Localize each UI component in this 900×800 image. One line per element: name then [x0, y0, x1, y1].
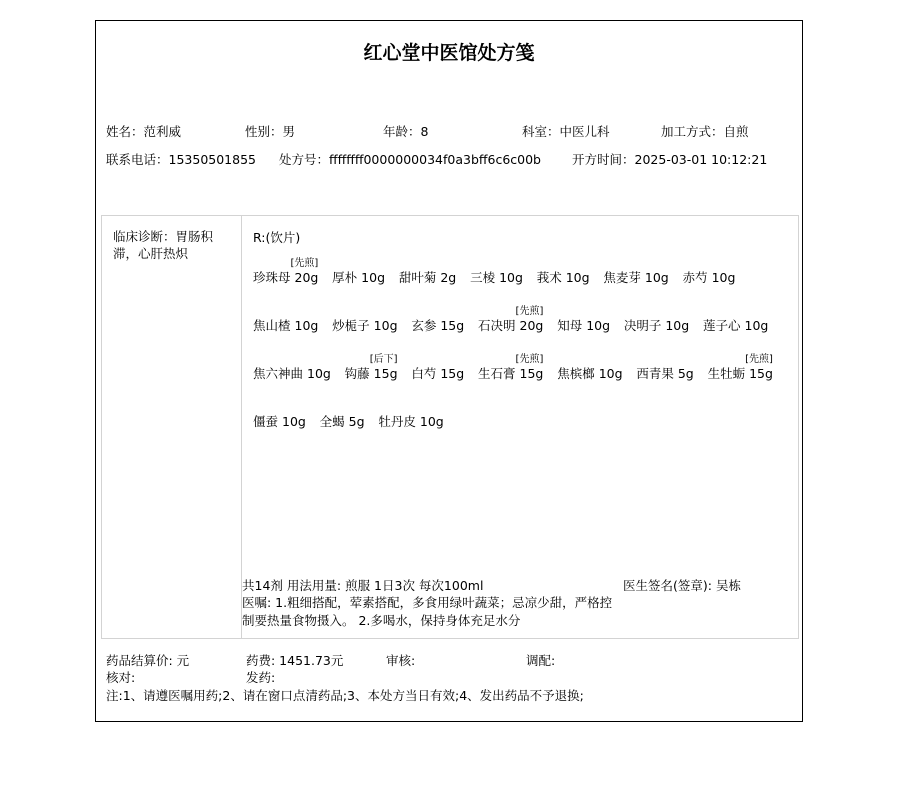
- settle-price: 药品结算价: 元: [106, 651, 189, 669]
- process-label: 加工方式：: [661, 124, 724, 139]
- doctor-signature: 医生签名(签章): 吴栋: [623, 576, 741, 594]
- herb-dose: 15g: [440, 366, 464, 381]
- process-value: 自煎: [724, 124, 749, 139]
- herb-name: 莪术: [537, 270, 562, 285]
- rx-number-label: 处方号：: [279, 152, 329, 167]
- herb-dose: 10g: [665, 318, 689, 333]
- herb-dose: 20g: [520, 318, 544, 333]
- patient-gender: 性别：男: [245, 122, 295, 140]
- herb-dose: 10g: [307, 366, 331, 381]
- herb-dose: 10g: [712, 270, 736, 285]
- herb-note: [先煎]: [745, 350, 773, 365]
- herb-name: 全蝎: [320, 414, 345, 429]
- herb-name: 钩藤: [345, 366, 370, 381]
- herb-item: 厚朴 10g: [332, 254, 385, 286]
- herb-item: 牡丹皮 10g: [378, 398, 443, 430]
- herb-item: 僵蚕 10g: [253, 398, 306, 430]
- process-method: 加工方式：自煎: [661, 122, 749, 140]
- herb-item: 莪术 10g: [537, 254, 590, 286]
- herb-item: 西青果 5g: [636, 350, 693, 382]
- herb-dose: 10g: [745, 318, 769, 333]
- herb-name: 炒栀子: [332, 318, 370, 333]
- herb-item: 甜叶菊 2g: [399, 254, 456, 286]
- doctor-advice: 医嘱: 1.粗细搭配，荤素搭配，多食用绿叶蔬菜；忌凉少甜，严格控制要热量食物摄入…: [242, 594, 622, 630]
- herb-item: 莲子心 10g: [703, 302, 768, 334]
- herb-line-4: 僵蚕 10g 全蝎 5g 牡丹皮 10g: [253, 398, 454, 438]
- herb-dose: 10g: [499, 270, 523, 285]
- herb-name: 牡丹皮: [378, 414, 416, 429]
- rx-time-value: 2025-03-01 10:12:21: [635, 152, 768, 167]
- footer-row-1: 药品结算价: 元 药费: 1451.73元 审核: 调配:: [106, 651, 792, 667]
- herb-dose: 15g: [440, 318, 464, 333]
- herb-dose: 20g: [295, 270, 319, 285]
- herb-name: 甜叶菊: [399, 270, 437, 285]
- herb-dose: 10g: [566, 270, 590, 285]
- department-value: 中医儿科: [560, 124, 610, 139]
- diagnosis-column: 临床诊断：胃肠积滞，心肝热炽: [102, 216, 242, 638]
- herb-item: 玄参 15g: [411, 302, 464, 334]
- herb-name: 决明子: [624, 318, 662, 333]
- herb-name: 珍珠母: [253, 270, 291, 285]
- herb-dose: 10g: [599, 366, 623, 381]
- usage-dosage: 共14剂 用法用量: 煎服 1日3次 每次100ml: [242, 576, 483, 594]
- herb-name: 莲子心: [703, 318, 741, 333]
- herb-dose: 15g: [520, 366, 544, 381]
- rx-number-value: ffffffff0000000034f0a3bff6c6c00b: [329, 152, 541, 167]
- herb-name: 白芍: [411, 366, 436, 381]
- herb-name: 生牡蛎: [708, 366, 746, 381]
- herb-item: [先煎]生牡蛎 15g: [708, 350, 773, 382]
- age-value: 8: [421, 124, 429, 139]
- herb-name: 西青果: [636, 366, 674, 381]
- rx-number: 处方号：ffffffff0000000034f0a3bff6c6c00b: [279, 150, 541, 168]
- herb-name: 僵蚕: [253, 414, 278, 429]
- herb-dose: 15g: [374, 366, 398, 381]
- herb-note: [先煎]: [516, 350, 544, 365]
- department: 科室：中医儿科: [522, 122, 610, 140]
- herb-note: [先煎]: [516, 302, 544, 317]
- rx-label: R:(饮片): [253, 228, 300, 246]
- herb-item: 焦麦芽 10g: [603, 254, 668, 286]
- herb-item: 白芍 15g: [411, 350, 464, 382]
- department-label: 科室：: [522, 124, 560, 139]
- page-title: 红心堂中医馆处方笺: [96, 38, 802, 65]
- herb-item: 焦六神曲 10g: [253, 350, 331, 382]
- herb-name: 厚朴: [332, 270, 357, 285]
- diagnosis: 临床诊断：胃肠积滞，心肝热炽: [113, 228, 231, 262]
- phone-label: 联系电话：: [106, 152, 169, 167]
- herb-name: 焦山楂: [253, 318, 291, 333]
- dispense-field: 调配:: [526, 651, 555, 669]
- drug-fee: 药费: 1451.73元: [246, 651, 343, 669]
- herb-line-1: [先煎]珍珠母 20g 厚朴 10g 甜叶菊 2g 三棱 10g 莪术 10g …: [253, 254, 745, 294]
- herb-name: 赤芍: [683, 270, 708, 285]
- herb-item: [后下]钩藤 15g: [345, 350, 398, 382]
- herb-dose: 10g: [295, 318, 319, 333]
- gender-value: 男: [283, 124, 296, 139]
- herb-dose: 5g: [349, 414, 365, 429]
- herb-note: [先煎]: [291, 254, 319, 269]
- herb-item: 焦槟榔 10g: [557, 350, 622, 382]
- herb-dose: 10g: [374, 318, 398, 333]
- notice-text: 注:1、请遵医嘱用药;2、请在窗口点清药品;3、本处方当日有效;4、发出药品不予…: [106, 686, 584, 704]
- phone-value: 15350501855: [169, 152, 256, 167]
- herb-item: [先煎]生石膏 15g: [478, 350, 543, 382]
- herb-item: [先煎]石决明 20g: [478, 302, 543, 334]
- patient-info-row-1: 姓名：范利威 性别：男 年龄：8 科室：中医儿科 加工方式：自煎: [106, 122, 792, 138]
- rx-time: 开方时间：2025-03-01 10:12:21: [572, 150, 767, 168]
- rx-time-label: 开方时间：: [572, 152, 635, 167]
- name-value: 范利威: [144, 124, 182, 139]
- herb-name: 焦麦芽: [603, 270, 641, 285]
- herb-item: 知母 10g: [557, 302, 610, 334]
- footer-notice: 注:1、请遵医嘱用药;2、请在窗口点清药品;3、本处方当日有效;4、发出药品不予…: [106, 686, 792, 702]
- herb-item: 焦山楂 10g: [253, 302, 318, 334]
- herb-dose: 10g: [282, 414, 306, 429]
- herb-name: 焦槟榔: [557, 366, 595, 381]
- herb-dose: 10g: [361, 270, 385, 285]
- age-label: 年龄：: [383, 124, 421, 139]
- patient-age: 年龄：8: [383, 122, 428, 140]
- herb-dose: 10g: [645, 270, 669, 285]
- prescription-box: 临床诊断：胃肠积滞，心肝热炽 R:(饮片) [先煎]珍珠母 20g 厚朴 10g…: [101, 215, 799, 639]
- herb-item: 三棱 10g: [470, 254, 523, 286]
- herb-item: [先煎]珍珠母 20g: [253, 254, 318, 286]
- herb-line-3: 焦六神曲 10g [后下]钩藤 15g 白芍 15g [先煎]生石膏 15g 焦…: [253, 350, 783, 390]
- herb-name: 生石膏: [478, 366, 516, 381]
- diagnosis-label: 临床诊断：: [113, 229, 176, 244]
- herb-line-2: 焦山楂 10g 炒栀子 10g 玄参 15g [先煎]石决明 20g 知母 10…: [253, 302, 778, 342]
- check-field: 核对:: [106, 668, 135, 686]
- phone: 联系电话：15350501855: [106, 150, 256, 168]
- herb-item: 决明子 10g: [624, 302, 689, 334]
- herb-name: 焦六神曲: [253, 366, 303, 381]
- prescription-sheet: 红心堂中医馆处方笺 姓名：范利威 性别：男 年龄：8 科室：中医儿科 加工方式：…: [95, 20, 803, 722]
- herb-note: [后下]: [370, 350, 398, 365]
- herb-name: 三棱: [470, 270, 495, 285]
- herb-item: 赤芍 10g: [683, 254, 736, 286]
- herb-name: 石决明: [478, 318, 516, 333]
- herb-dose: 10g: [420, 414, 444, 429]
- issue-field: 发药:: [246, 668, 275, 686]
- herb-item: 全蝎 5g: [320, 398, 365, 430]
- herb-name: 玄参: [411, 318, 436, 333]
- name-label: 姓名：: [106, 124, 144, 139]
- footer-row-2: 核对: 发药:: [106, 668, 792, 684]
- herb-dose: 15g: [749, 366, 773, 381]
- herb-dose: 5g: [678, 366, 694, 381]
- herb-name: 知母: [557, 318, 582, 333]
- gender-label: 性别：: [245, 124, 283, 139]
- patient-info-row-2: 联系电话：15350501855 处方号：ffffffff0000000034f…: [106, 150, 792, 166]
- herb-dose: 2g: [440, 270, 456, 285]
- herb-dose: 10g: [586, 318, 610, 333]
- review-field: 审核:: [386, 651, 415, 669]
- herb-item: 炒栀子 10g: [332, 302, 397, 334]
- patient-name: 姓名：范利威: [106, 122, 181, 140]
